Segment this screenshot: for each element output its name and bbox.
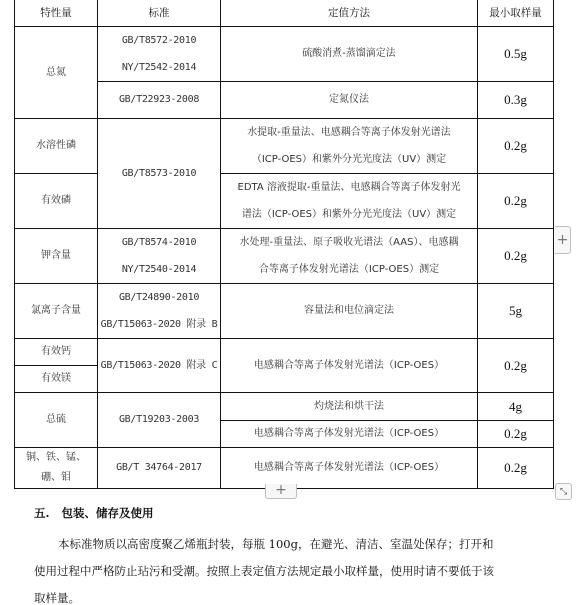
cell-standard: GB/T15063-2020 附录 C [98, 339, 221, 393]
cell-min-sample: 0.2g [478, 119, 554, 174]
paragraph-line: 使用过程中严格防止玷污和受潮。按照上表定值方法规定最小取样量，使用时请不要低于该 [34, 558, 534, 585]
cell-method: 电感耦合等离子体发射光谱法（ICP-OES） [221, 448, 478, 489]
section-number: 五. [34, 506, 50, 520]
cell-method: 电感耦合等离子体发射光谱法（ICP-OES） [221, 339, 478, 393]
table-row: 有效钙 GB/T15063-2020 附录 C 电感耦合等离子体发射光谱法（IC… [15, 339, 554, 366]
header-standard: 标准 [98, 0, 221, 27]
cell-property: 钾含量 [15, 229, 98, 284]
cell-method: 水提取-重量法、电感耦合等离子体发射光谱法 （ICP-OES）和紫外分光光度法（… [221, 119, 478, 174]
cell-standard: GB/T24890-2010 GB/T15063-2020 附录 B [98, 284, 221, 339]
cell-standard: GB/T8574-2010 NY/T2540-2014 [98, 229, 221, 284]
table-row: 总氮 GB/T8572-2010 NY/T2542-2014 硫酸消煮-蒸馏滴定… [15, 27, 554, 82]
property-line: 硼、钼 [15, 468, 97, 488]
cell-property: 水溶性磷 [15, 119, 98, 174]
standard-code: GB/T8574-2010 [98, 229, 220, 256]
standards-table: 特性量 标准 定值方法 最小取样量 总氮 GB/T8572-2010 NY/T2… [14, 0, 554, 489]
cell-property: 总氮 [15, 27, 98, 119]
property-line: 铜、铁、锰、 [15, 448, 97, 468]
standard-code: GB/T24890-2010 [98, 284, 220, 311]
cell-standard: GB/T19203-2003 [98, 393, 221, 448]
cell-standard: GB/T8573-2010 [98, 119, 221, 229]
cell-property: 铜、铁、锰、 硼、钼 [15, 448, 98, 489]
header-method: 定值方法 [221, 0, 478, 27]
cell-property: 氯离子含量 [15, 284, 98, 339]
cell-method: 容量法和电位滴定法 [221, 284, 478, 339]
method-line: 谱法（ICP-OES）和紫外分光光度法（UV）测定 [221, 201, 477, 228]
cell-min-sample: 0.3g [478, 82, 554, 119]
method-line: 水处理-重量法、原子吸收光谱法（AAS）、电感耦 [221, 229, 477, 256]
paragraph-line: 取样量。 [34, 585, 534, 605]
cell-min-sample: 4g [478, 393, 554, 421]
cell-method: 电感耦合等离子体发射光谱法（ICP-OES） [221, 421, 478, 448]
cell-method: 硫酸消煮-蒸馏滴定法 [221, 27, 478, 82]
section-paragraph: 本标准物质以高密度聚乙烯瓶封装，每瓶 100g，在避光、清洁、室温处保存；打开和… [34, 531, 534, 605]
table-resize-icon[interactable]: ⤡ [555, 483, 572, 500]
method-line: 水提取-重量法、电感耦合等离子体发射光谱法 [221, 119, 477, 146]
standard-code: NY/T2540-2014 [98, 256, 220, 283]
cell-property: 有效镁 [15, 366, 98, 393]
cell-property: 有效磷 [15, 174, 98, 229]
table-row: 水溶性磷 GB/T8573-2010 水提取-重量法、电感耦合等离子体发射光谱法… [15, 119, 554, 174]
cell-min-sample: 0.5g [478, 27, 554, 82]
standard-code: GB/T8572-2010 [98, 27, 220, 54]
cell-property: 总硫 [15, 393, 98, 448]
method-line: 合等离子体发射光谱法（ICP-OES）测定 [221, 256, 477, 283]
standard-code: GB/T15063-2020 附录 B [98, 311, 220, 338]
section-heading: 五.包装、储存及使用 [34, 505, 154, 521]
cell-method: 定氮仪法 [221, 82, 478, 119]
table-row: 总硫 GB/T19203-2003 灼烧法和烘干法 4g [15, 393, 554, 421]
cell-property: 有效钙 [15, 339, 98, 366]
header-min-sample: 最小取样量 [478, 0, 554, 27]
cell-standard: GB/T8572-2010 NY/T2542-2014 [98, 27, 221, 82]
cell-min-sample: 5g [478, 284, 554, 339]
standard-code: NY/T2542-2014 [98, 54, 220, 81]
method-line: （ICP-OES）和紫外分光光度法（UV）测定 [221, 146, 477, 173]
cell-standard: GB/T22923-2008 [98, 82, 221, 119]
paragraph-line: 本标准物质以高密度聚乙烯瓶封装，每瓶 100g，在避光、清洁、室温处保存；打开和 [34, 531, 534, 558]
paragraph-text: 本标准物质以高密度聚乙烯瓶封装，每瓶 100g，在避光、清洁、室温处保存；打开和 [58, 537, 493, 551]
method-line: EDTA 溶液提取-重量法、电感耦合等离子体发射光 [221, 174, 477, 201]
table-row: 钾含量 GB/T8574-2010 NY/T2540-2014 水处理-重量法、… [15, 229, 554, 284]
cell-min-sample: 0.2g [478, 448, 554, 489]
cell-min-sample: 0.2g [478, 174, 554, 229]
cell-min-sample: 0.2g [478, 421, 554, 448]
add-row-button[interactable]: + [265, 484, 297, 499]
table-row: 氯离子含量 GB/T24890-2010 GB/T15063-2020 附录 B… [15, 284, 554, 339]
add-column-button[interactable]: + [555, 226, 571, 254]
table-row: 有效磷 EDTA 溶液提取-重量法、电感耦合等离子体发射光 谱法（ICP-OES… [15, 174, 554, 229]
section-title: 包装、储存及使用 [62, 506, 154, 520]
cell-method: 水处理-重量法、原子吸收光谱法（AAS）、电感耦 合等离子体发射光谱法（ICP-… [221, 229, 478, 284]
header-property: 特性量 [15, 0, 98, 27]
cell-min-sample: 0.2g [478, 229, 554, 284]
cell-standard: GB/T 34764-2017 [98, 448, 221, 489]
cell-min-sample: 0.2g [478, 339, 554, 393]
table-header-row: 特性量 标准 定值方法 最小取样量 [15, 0, 554, 27]
cell-method: EDTA 溶液提取-重量法、电感耦合等离子体发射光 谱法（ICP-OES）和紫外… [221, 174, 478, 229]
cell-method: 灼烧法和烘干法 [221, 393, 478, 421]
